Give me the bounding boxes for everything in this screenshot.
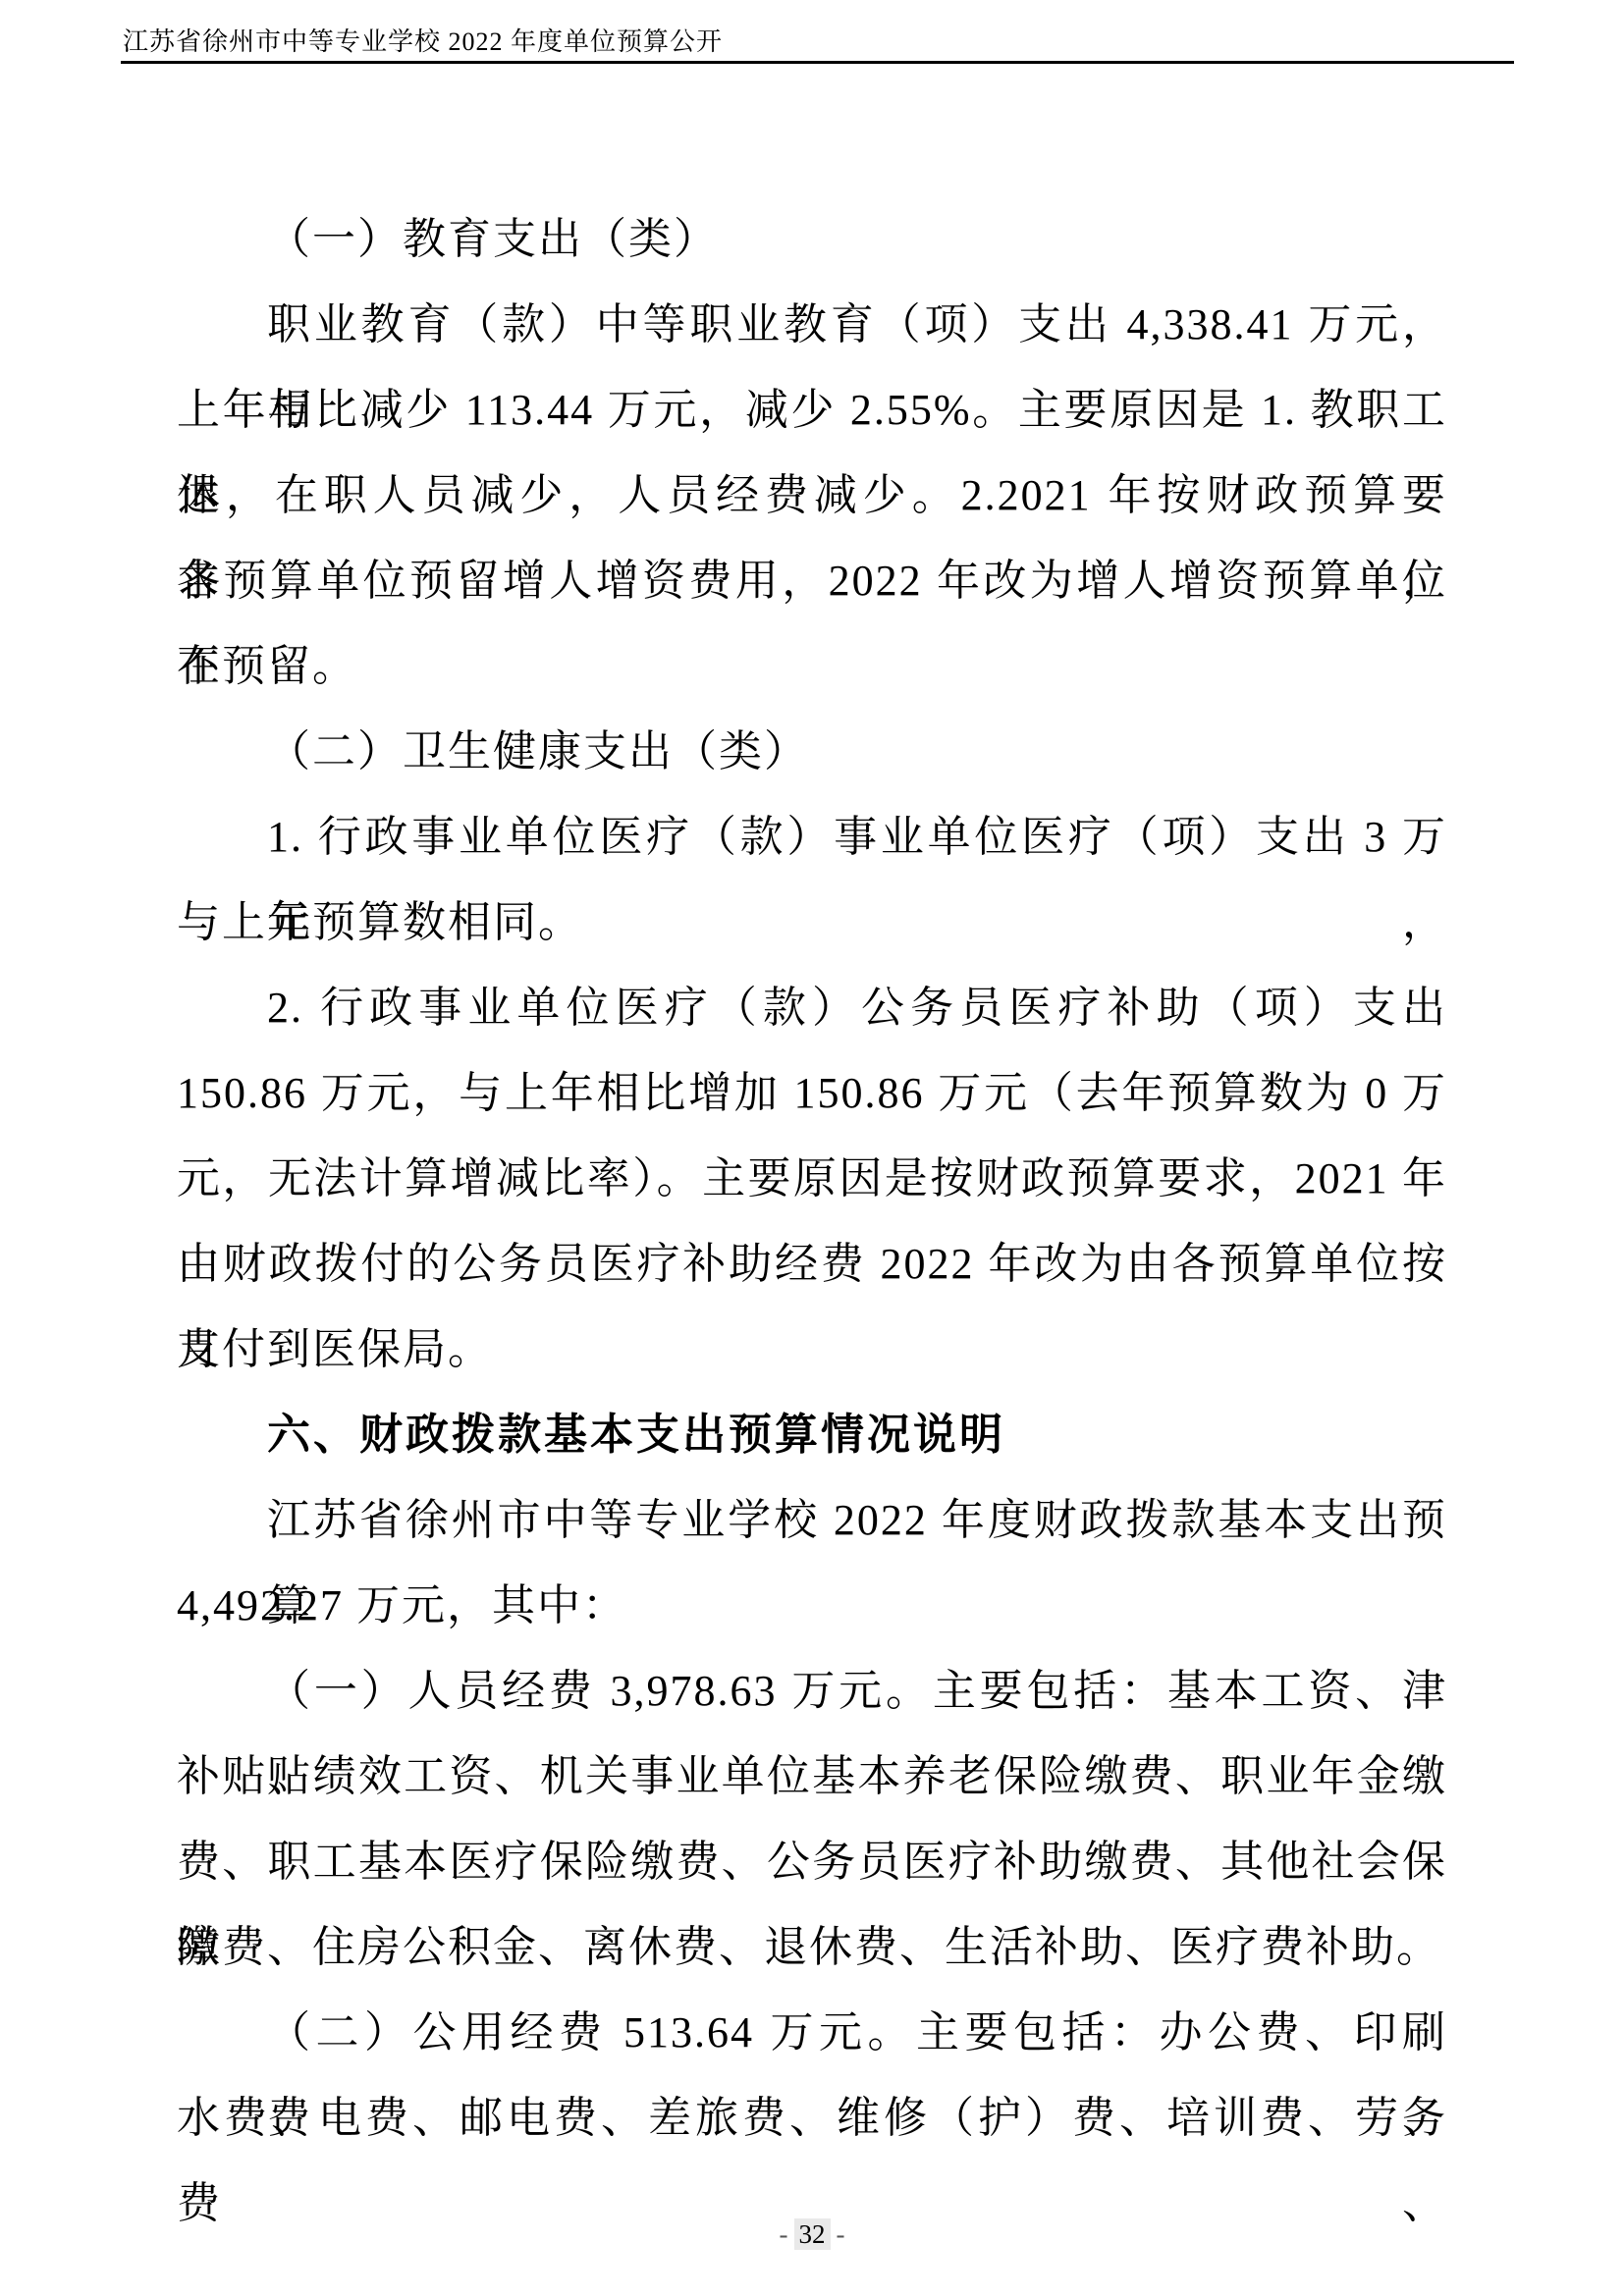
text-line: （二）公用经费 513.64 万元。主要包括：办公费、印刷费、 — [177, 1990, 1447, 2075]
text-line: 水费、电费、邮电费、差旅费、维修（护）费、培训费、劳务费、 — [177, 2075, 1447, 2161]
page-footer: -32- — [0, 2219, 1624, 2250]
text-line: 休，在职人员减少，人员经费减少。2.2021 年按财政预算要求， — [177, 453, 1447, 538]
text-line: 2. 行政事业单位医疗（款）公务员医疗补助（项）支出 — [177, 965, 1447, 1050]
footer-dash-right: - — [831, 2219, 851, 2249]
text-line: 上年相比减少 113.44 万元，减少 2.55%。主要原因是 1. 教职工退 — [177, 367, 1447, 453]
text-line: 支付到医保局。 — [177, 1307, 1447, 1392]
text-line: 费、职工基本医疗保险缴费、公务员医疗补助缴费、其他社会保障 — [177, 1819, 1447, 1904]
text-line: 4,492.27 万元，其中： — [177, 1563, 1447, 1648]
footer-dash-left: - — [774, 2219, 794, 2249]
text-line: 缴费、住房公积金、离休费、退休费、生活补助、医疗费补助。 — [177, 1904, 1447, 1990]
header-rule — [121, 61, 1514, 64]
text-line: 150.86 万元，与上年相比增加 150.86 万元（去年预算数为 0 万 — [177, 1050, 1447, 1136]
text-line: 职业教育（款）中等职业教育（项）支出 4,338.41 万元，与 — [177, 282, 1447, 367]
text-line: 补贴、绩效工资、机关事业单位基本养老保险缴费、职业年金缴 — [177, 1734, 1447, 1819]
page-header-title: 江苏省徐州市中等专业学校 2022 年度单位预算公开 — [123, 22, 723, 58]
footer-page-number: 32 — [794, 2218, 831, 2250]
text-line: （二）卫生健康支出（类） — [177, 709, 1447, 794]
document-body: （一）教育支出（类）职业教育（款）中等职业教育（项）支出 4,338.41 万元… — [177, 196, 1447, 2161]
text-line: 在预留。 — [177, 623, 1447, 709]
text-line: 六、财政拨款基本支出预算情况说明 — [177, 1392, 1447, 1477]
text-line: （一）人员经费 3,978.63 万元。主要包括：基本工资、津贴 — [177, 1648, 1447, 1734]
document-page: 江苏省徐州市中等专业学校 2022 年度单位预算公开 （一）教育支出（类）职业教… — [0, 0, 1624, 2296]
text-line: 各预算单位预留增人增资费用，2022 年改为增人增资预算单位不 — [177, 538, 1447, 623]
text-line: 由财政拨付的公务员医疗补助经费 2022 年改为由各预算单位按月 — [177, 1221, 1447, 1307]
text-line: 元，无法计算增减比率）。主要原因是按财政预算要求，2021 年 — [177, 1136, 1447, 1221]
text-line: （一）教育支出（类） — [177, 196, 1447, 282]
text-line: 1. 行政事业单位医疗（款）事业单位医疗（项）支出 3 万元， — [177, 794, 1447, 880]
text-line: 江苏省徐州市中等专业学校 2022 年度财政拨款基本支出预算 — [177, 1477, 1447, 1563]
